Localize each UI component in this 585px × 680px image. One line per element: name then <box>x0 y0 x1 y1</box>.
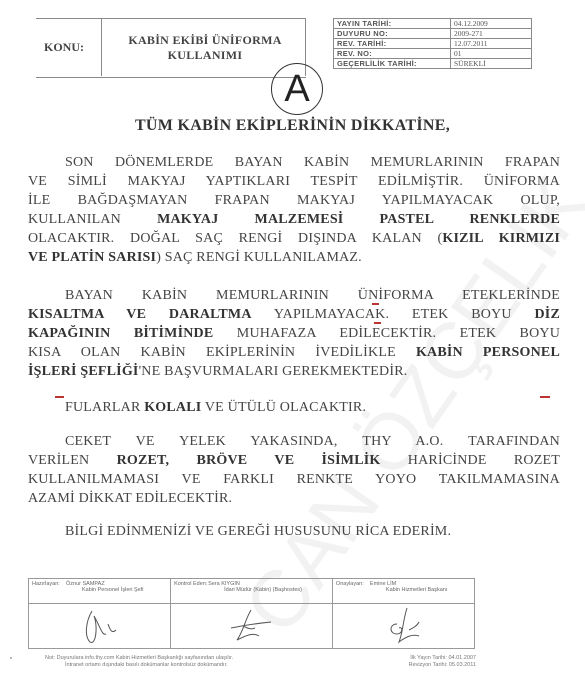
info-key: YAYIN TARİHİ: <box>334 19 451 29</box>
emphasis-text: KABİN PERSONEL <box>416 345 560 360</box>
info-value: 04.12.2009 <box>451 19 532 29</box>
emphasis-text: ROZET, BRÖVE VE İSİMLİK <box>117 453 381 468</box>
emphasis-text: KIZIL KIRMIZI <box>442 231 560 246</box>
circled-a-stamp-icon: A <box>271 63 323 115</box>
text-span: VE ÜTÜLÜ OLACAKTIR. <box>201 400 366 415</box>
emphasis-text: DİZ <box>535 307 561 322</box>
signature-role: Onaylayan: <box>336 581 370 587</box>
signature-image-cell <box>332 604 474 649</box>
info-row: REV. NO:01 <box>334 49 532 59</box>
signature-role: Hazırlayan: <box>32 581 66 587</box>
subject-title: KABİN EKİBİ ÜNİFORMA KULLANIMI <box>108 33 302 63</box>
text-line: OLACAKTIR. DOĞAL SAÇ RENGİ DIŞINDA KALAN… <box>28 229 560 248</box>
text-line: İLE BAĞDAŞMAYAN FRAPAN MAKYAJ YAPILMAYAC… <box>28 191 560 210</box>
emphasis-text: KISALTMA VE DARALTMA <box>28 307 252 322</box>
info-key: REV. TARİHİ: <box>334 39 451 49</box>
footer-note-line: Not: Duyurulara info.thy.com Kabin Hizme… <box>45 655 233 662</box>
signature-role: Kontrol Eden: <box>174 581 208 587</box>
emphasis-text: KOLALI <box>144 400 201 415</box>
paragraph-badges: CEKET VE YELEK YAKASINDA, THY A.O. TARAF… <box>28 432 560 508</box>
footer-note: Not: Duyurulara info.thy.com Kabin Hizme… <box>45 655 233 669</box>
red-annotation-mark <box>374 322 381 324</box>
signature-table: Hazırlayan:Öznur SAMPAZ Kabin Personel İ… <box>28 578 475 649</box>
emphasis-text: İŞLERİ ŞEFLİĞİ <box>28 364 139 379</box>
text-line: KAPAĞININ BİTİMİNDE MUHAFAZA EDİLECEKTİR… <box>28 324 560 343</box>
signature-title: Kabin Hizmetleri Başkanı <box>336 587 471 593</box>
handwritten-signature-icon <box>70 606 130 646</box>
signature-cell-prepared: Hazırlayan:Öznur SAMPAZ Kabin Personel İ… <box>29 579 171 604</box>
text-line: KULLANILAN MAKYAJ MALZEMESİ PASTEL RENKL… <box>28 210 560 229</box>
subject-divider <box>101 18 102 76</box>
text-line: BAYAN KABİN MEMURLARININ ÜNİFORMA ETEKLE… <box>28 286 560 305</box>
handwritten-signature-icon <box>221 606 281 646</box>
signature-image-cell <box>171 604 333 649</box>
info-row: GEÇERLİLİK TARİHİ:SÜREKLİ <box>334 59 532 69</box>
subject-title-line1: KABİN EKİBİ ÜNİFORMA <box>108 33 302 48</box>
signature-cell-approved: Onaylayan:Emine LİM Kabin Hizmetleri Baş… <box>332 579 474 604</box>
signature-image-cell <box>29 604 171 649</box>
announcement-heading: TÜM KABİN EKİPLERİNİN DİKKATİNE, <box>0 117 585 135</box>
signature-image-row <box>29 604 475 649</box>
signature-title: Kabin Personel İşleri Şefi <box>32 587 167 593</box>
emphasis-text: VE PLATİN SARISI <box>28 250 156 265</box>
info-value: 01 <box>451 49 532 59</box>
info-value: SÜREKLİ <box>451 59 532 69</box>
text-span: FULARLAR <box>65 400 144 415</box>
emphasis-text: MAKYAJ MALZEMESİ PASTEL RENKLERDE <box>157 212 560 227</box>
paragraph-closing: BİLGİ EDİNMENİZİ VE GEREĞİ HUSUSUNU RİCA… <box>28 522 560 541</box>
text-line: AZAMİ DİKKAT EDİLECEKTİR. <box>28 489 560 508</box>
text-line: KISA OLAN KABİN EKİPLERİNİN İVEDİLİKLE K… <box>28 343 560 362</box>
info-row: YAYIN TARİHİ:04.12.2009 <box>334 19 532 29</box>
red-annotation-mark <box>372 303 379 305</box>
text-line: BİLGİ EDİNMENİZİ VE GEREĞİ HUSUSUNU RİCA… <box>28 522 560 541</box>
signature-title: İdari Müdür (Kabin) (Başhostes) <box>174 587 329 593</box>
signature-header-row: Hazırlayan:Öznur SAMPAZ Kabin Personel İ… <box>29 579 475 604</box>
text-line: VE SİMLİ MAKYAJ YAPTIKLARI TESPİT EDİLMİ… <box>28 172 560 191</box>
info-key: DUYURU NO: <box>334 29 451 39</box>
revision-date: Revizyon Tarihi: 05.03.2011 <box>400 662 476 669</box>
text-line: SON DÖNEMLERDE BAYAN KABİN MEMURLARININ … <box>28 153 560 172</box>
text-span: KULLANILAN <box>28 212 157 227</box>
info-row: REV. TARİHİ:12.07.2011 <box>334 39 532 49</box>
paragraph-makeup: SON DÖNEMLERDE BAYAN KABİN MEMURLARININ … <box>28 153 560 267</box>
text-span: KISA OLAN KABİN EKİPLERİNİN İVEDİLİKLE <box>28 345 416 360</box>
footer-dates: İlk Yayın Tarihi: 04.01.2007 Revizyon Ta… <box>400 655 476 669</box>
scan-artifact <box>10 657 12 659</box>
text-span: 'NE BAŞVURMALARI GEREKMEKTEDİR. <box>139 364 408 379</box>
info-row: DUYURU NO:2009-271 <box>334 29 532 39</box>
text-span: ) SAÇ RENGİ KULLANILAMAZ. <box>156 250 362 265</box>
footer-note-line: İntranet ortamı dışındaki basılı doküman… <box>45 662 233 669</box>
subject-label: KONU: <box>44 40 84 55</box>
text-span: HARİCİNDE ROZET <box>381 453 561 468</box>
text-line: CEKET VE YELEK YAKASINDA, THY A.O. TARAF… <box>28 432 560 451</box>
text-line: İŞLERİ ŞEFLİĞİ'NE BAŞVURMALARI GEREKMEKT… <box>28 362 560 381</box>
text-line: VERİLEN ROZET, BRÖVE VE İSİMLİK HARİCİND… <box>28 451 560 470</box>
info-value: 12.07.2011 <box>451 39 532 49</box>
text-line: KISALTMA VE DARALTMA YAPILMAYACAK. ETEK … <box>28 305 560 324</box>
paragraph-scarf: FULARLAR KOLALI VE ÜTÜLÜ OLACAKTIR. <box>28 398 560 417</box>
text-line: KULLANILMAMASI VE FARKLI RENKTE YOYO TAK… <box>28 470 560 489</box>
signature-cell-checked: Kontrol Eden:Sera KIYGIN İdari Müdür (Ka… <box>171 579 333 604</box>
text-span: YAPILMAYACAK. ETEK BOYU <box>252 307 535 322</box>
text-line: VE PLATİN SARISI) SAÇ RENGİ KULLANILAMAZ… <box>28 248 560 267</box>
subject-title-line2: KULLANIMI <box>108 48 302 63</box>
paragraph-skirt: BAYAN KABİN MEMURLARININ ÜNİFORMA ETEKLE… <box>28 286 560 381</box>
text-span: MUHAFAZA EDİLECEKTİR. ETEK BOYU <box>213 326 560 341</box>
info-value: 2009-271 <box>451 29 532 39</box>
info-key: GEÇERLİLİK TARİHİ: <box>334 59 451 69</box>
text-span: OLACAKTIR. DOĞAL SAÇ RENGİ DIŞINDA KALAN… <box>28 231 442 246</box>
info-key: REV. NO: <box>334 49 451 59</box>
text-span: VERİLEN <box>28 453 117 468</box>
document-info-table: YAYIN TARİHİ:04.12.2009 DUYURU NO:2009-2… <box>333 18 532 69</box>
text-line: FULARLAR KOLALI VE ÜTÜLÜ OLACAKTIR. <box>28 398 560 417</box>
first-issue-date: İlk Yayın Tarihi: 04.01.2007 <box>400 655 476 662</box>
handwritten-signature-icon <box>373 606 433 646</box>
emphasis-text: KAPAĞININ BİTİMİNDE <box>28 326 213 341</box>
